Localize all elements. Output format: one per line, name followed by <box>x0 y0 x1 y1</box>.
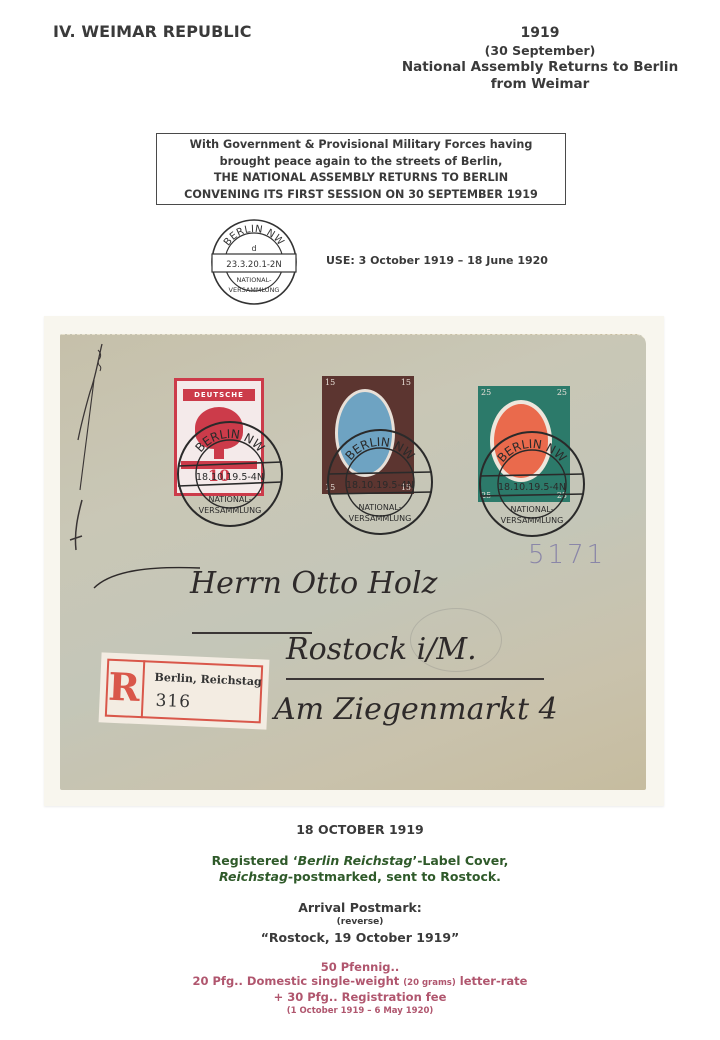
postal-rate: 50 Pfennig.. 20 Pfg.. Domestic single-we… <box>0 960 720 1018</box>
desc-text: ’-Label Cover, <box>412 853 508 868</box>
rate-period: (1 October 1919 – 6 May 1920) <box>0 1004 720 1018</box>
cancel-postmark-icon: BERLIN NW 18.10.19.5-4N NATIONAL- VERSAM… <box>326 428 434 536</box>
svg-text:BERLIN NW: BERLIN NW <box>342 435 417 463</box>
intro-line: brought peace again to the streets of Be… <box>157 154 565 171</box>
svg-text:NATIONAL-: NATIONAL- <box>358 503 401 512</box>
arrival-title: Arrival Postmark: <box>0 900 720 915</box>
postmark-usage-period: USE: 3 October 1919 – 18 June 1920 <box>326 254 548 267</box>
registration-number: 316 <box>155 691 191 713</box>
svg-text:VERSAMMLUNG: VERSAMMLUNG <box>349 514 412 523</box>
cancel-postmark-icon: BERLIN NW 18.10.19.5-4N NATIONAL- VERSAM… <box>176 420 284 528</box>
desc-emphasis: Reichstag <box>219 869 288 884</box>
rate-total: 50 Pfennig.. <box>0 960 720 974</box>
address-city: Rostock i/M. <box>286 632 477 667</box>
svg-text:18.10.19.5-4N: 18.10.19.5-4N <box>196 472 264 483</box>
desc-text: Registered ‘ <box>212 853 298 868</box>
svg-text:NATIONAL-: NATIONAL- <box>208 495 251 504</box>
intro-line: With Government & Provisional Military F… <box>157 137 565 154</box>
stamp-value: 15 <box>325 378 335 387</box>
svg-text:BERLIN NW: BERLIN NW <box>192 427 267 455</box>
cover-date: 18 OCTOBER 1919 <box>0 822 720 837</box>
stamp-value: 15 <box>401 378 411 387</box>
stamp-value: 25 <box>557 388 567 397</box>
svg-text:d: d <box>251 244 256 253</box>
header-date: (30 September) <box>380 42 700 59</box>
arrival-postmark: Arrival Postmark: (reverse) “Rostock, 19… <box>0 900 720 945</box>
arrival-note: (reverse) <box>0 915 720 930</box>
address-recipient: Herrn Otto Holz <box>190 566 437 601</box>
rate-text: 20 Pfg.. Domestic single-weight <box>193 974 404 988</box>
desc-text: -postmarked, sent to Rostock. <box>288 869 501 884</box>
side-note-einschreiben <box>68 340 108 560</box>
rate-text: letter-rate <box>456 974 528 988</box>
cancel-postmark-icon: BERLIN NW 18.10.19.5-4N NATIONAL- VERSAM… <box>478 430 586 538</box>
registration-label: R Berlin, Reichstag 316 <box>99 652 270 729</box>
address-underline <box>286 678 544 680</box>
svg-text:VERSAMMLUNG: VERSAMMLUNG <box>501 516 564 525</box>
cover-description: Registered ‘Berlin Reichstag’-Label Cove… <box>0 853 720 885</box>
address-street: Am Ziegenmarkt 4 <box>274 692 558 727</box>
rate-weight: (20 grams) <box>403 978 456 988</box>
svg-text:23.3.20.1-2N: 23.3.20.1-2N <box>226 260 281 270</box>
header-title-line1: National Assembly Returns to Berlin <box>380 59 700 76</box>
stamp-value: 25 <box>481 388 491 397</box>
header-year: 1919 <box>380 24 700 42</box>
address-flourish-icon <box>92 562 202 592</box>
section-title: IV. WEIMAR REPUBLIC <box>53 22 252 41</box>
svg-text:18.10.19.5-4N: 18.10.19.5-4N <box>498 482 566 493</box>
svg-text:NATIONAL-: NATIONAL- <box>510 505 553 514</box>
intro-box: With Government & Provisional Military F… <box>156 133 566 205</box>
svg-text:NATIONAL-: NATIONAL- <box>237 276 273 284</box>
desc-emphasis: Berlin Reichstag <box>298 853 413 868</box>
intro-line: THE NATIONAL ASSEMBLY RETURNS TO BERLIN <box>157 170 565 187</box>
intro-line: CONVENING ITS FIRST SESSION ON 30 SEPTEM… <box>157 187 565 204</box>
svg-text:VERSAMMLUNG: VERSAMMLUNG <box>199 506 262 515</box>
postmark-example-icon: BERLIN NW d 23.3.20.1-2N NATIONAL- VERSA… <box>210 218 298 306</box>
registration-r-icon: R <box>105 659 145 719</box>
pencil-notation: 5171 <box>528 540 606 570</box>
header-title-line2: from Weimar <box>380 76 700 93</box>
stamp-banner: DEUTSCHE <box>183 389 255 401</box>
rate-fee: + 30 Pfg.. Registration fee <box>0 990 720 1004</box>
svg-text:18.10.19.5-4N: 18.10.19.5-4N <box>346 480 414 491</box>
page-header: 1919 (30 September) National Assembly Re… <box>380 24 700 93</box>
svg-text:VERSAMMLUNG: VERSAMMLUNG <box>229 286 280 294</box>
arrival-value: “Rostock, 19 October 1919” <box>0 930 720 945</box>
svg-text:BERLIN NW: BERLIN NW <box>494 437 569 465</box>
